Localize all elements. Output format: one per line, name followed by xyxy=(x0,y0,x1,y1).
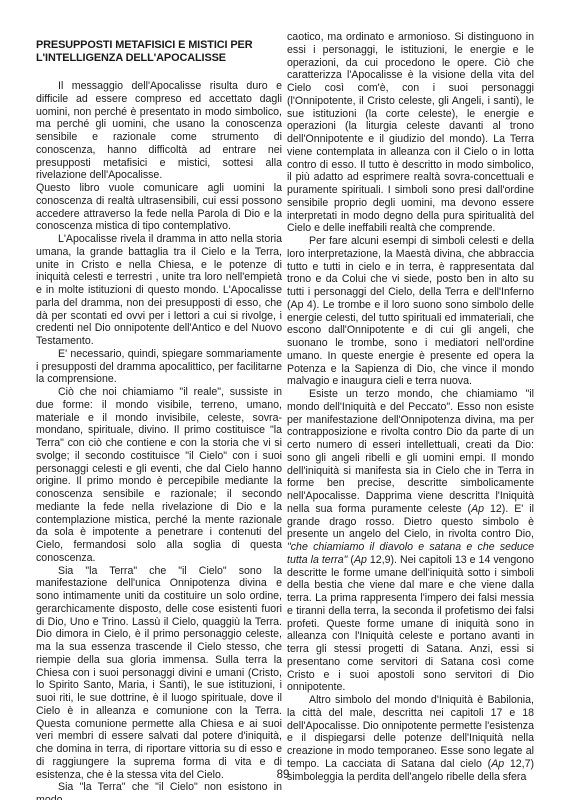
text-run: 12,9). Nei capitoli 13 e 14 vengono desc… xyxy=(287,554,534,694)
italic-text: Ap xyxy=(491,758,504,770)
paragraph: Esiste un terzo mondo, che chiamiamo "il… xyxy=(287,388,534,694)
left-column: PRESUPPOSTI METAFISICI E MISTICI PER L'I… xyxy=(36,39,282,800)
paragraph: Sia "la Terra" che "il Cielo" sono la ma… xyxy=(36,565,282,782)
italic-text: Ap xyxy=(354,554,367,566)
text-run: Esiste un terzo mondo, che chiamiamo "il… xyxy=(287,388,534,515)
paragraph: Sia "la Terra" che "il Cielo" non esisto… xyxy=(36,781,282,800)
paragraph: Questo libro vuole comunicare agli uomin… xyxy=(36,182,282,233)
paragraph: Per fare alcuni esempi di simboli celest… xyxy=(287,235,534,388)
page-number: 89 xyxy=(0,769,566,781)
italic-text: Ap xyxy=(471,503,484,515)
left-paragraphs: Il messaggio dell'Apocalisse risulta dur… xyxy=(36,80,282,800)
paragraph: Ciò che noi chiamiamo "il reale", sussis… xyxy=(36,386,282,565)
right-paragraphs: caotico, ma ordinato e armonioso. Si dis… xyxy=(287,31,534,783)
paragraph: E' necessario, quindi, spiegare sommaria… xyxy=(36,348,282,386)
paragraph: caotico, ma ordinato e armonioso. Si dis… xyxy=(287,31,534,235)
right-column: caotico, ma ordinato e armonioso. Si dis… xyxy=(287,31,534,783)
paragraph: Il messaggio dell'Apocalisse risulta dur… xyxy=(36,80,282,182)
paragraph: L'Apocalisse rivela il dramma in atto ne… xyxy=(36,233,282,348)
page-title: PRESUPPOSTI METAFISICI E MISTICI PER L'I… xyxy=(36,39,282,65)
